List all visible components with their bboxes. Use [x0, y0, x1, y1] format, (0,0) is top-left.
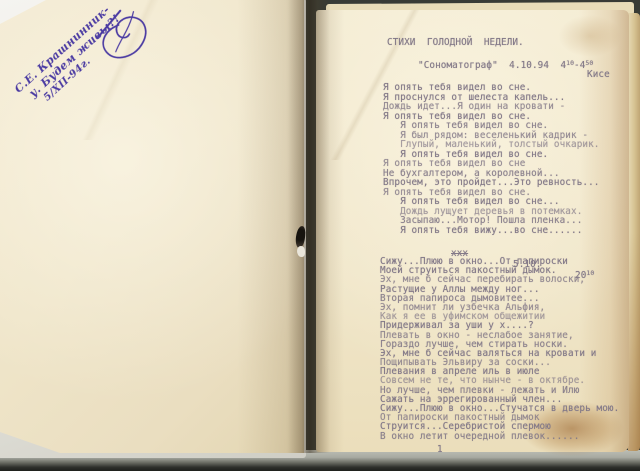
book-photo: С.Е. Крашнинник- у. Будем живы?! 5/XII-9… [0, 0, 640, 471]
poem-line: Но лучше, чем плевки - лежать и Илю [380, 386, 619, 395]
session-date: 4.10.94 [509, 60, 549, 71]
poem-line: Глупый, маленький, толстый очкарик. [383, 140, 600, 150]
poem-line: Я опять тебя вижу...во сне...... [383, 226, 600, 236]
poem-line: Я опять тебя видел во сне. [383, 188, 600, 198]
session-name: "Сономатограф" [418, 60, 498, 71]
right-page: СТИХИ ГОЛОДНОЙ НЕДЕЛИ. "Сономатограф" 4.… [316, 10, 629, 452]
book-gutter-shadow [288, 0, 330, 453]
session-time-dash: -4 [574, 60, 585, 71]
poem-line: Как я ее в уфимском общежитии [380, 312, 619, 321]
poem-1: Я опять тебя видел во сне.Я проснулся от… [383, 83, 600, 235]
poem-2: Сижу...Плюю в окно...От папироскиМоей ст… [380, 257, 619, 441]
poem-line: От папироски пакостный дымок [380, 413, 619, 422]
poem-line: Эх, мне б сейчас перебирать волоски, [380, 275, 619, 284]
poem-cycle-title: СТИХИ ГОЛОДНОЙ НЕДЕЛИ. [387, 37, 524, 48]
binding-tear-chip [297, 246, 305, 257]
poem-line: Засыпаю...Мотор! Пошла пленка... [383, 216, 600, 226]
poem-line: В окно летит очередной плевок...... [380, 432, 619, 441]
typed-dedication: Кисе [587, 69, 610, 80]
time-start-superscript: 10 [566, 59, 574, 67]
poem-line: Не бухгалтером, а королевной... [383, 169, 600, 179]
poem-line: Пощипывать Эльвиру за соски... [380, 358, 619, 367]
page-number: 1 [437, 444, 443, 455]
poem-line: Дождь идет...Я один на кровати - [383, 102, 600, 112]
session-header: "Сономатограф" 4.10.94 410-450 [418, 60, 593, 71]
time-end-superscript: 50 [585, 59, 593, 67]
poem-line: Гораздо лучше, чем стирать носки. [380, 340, 619, 349]
